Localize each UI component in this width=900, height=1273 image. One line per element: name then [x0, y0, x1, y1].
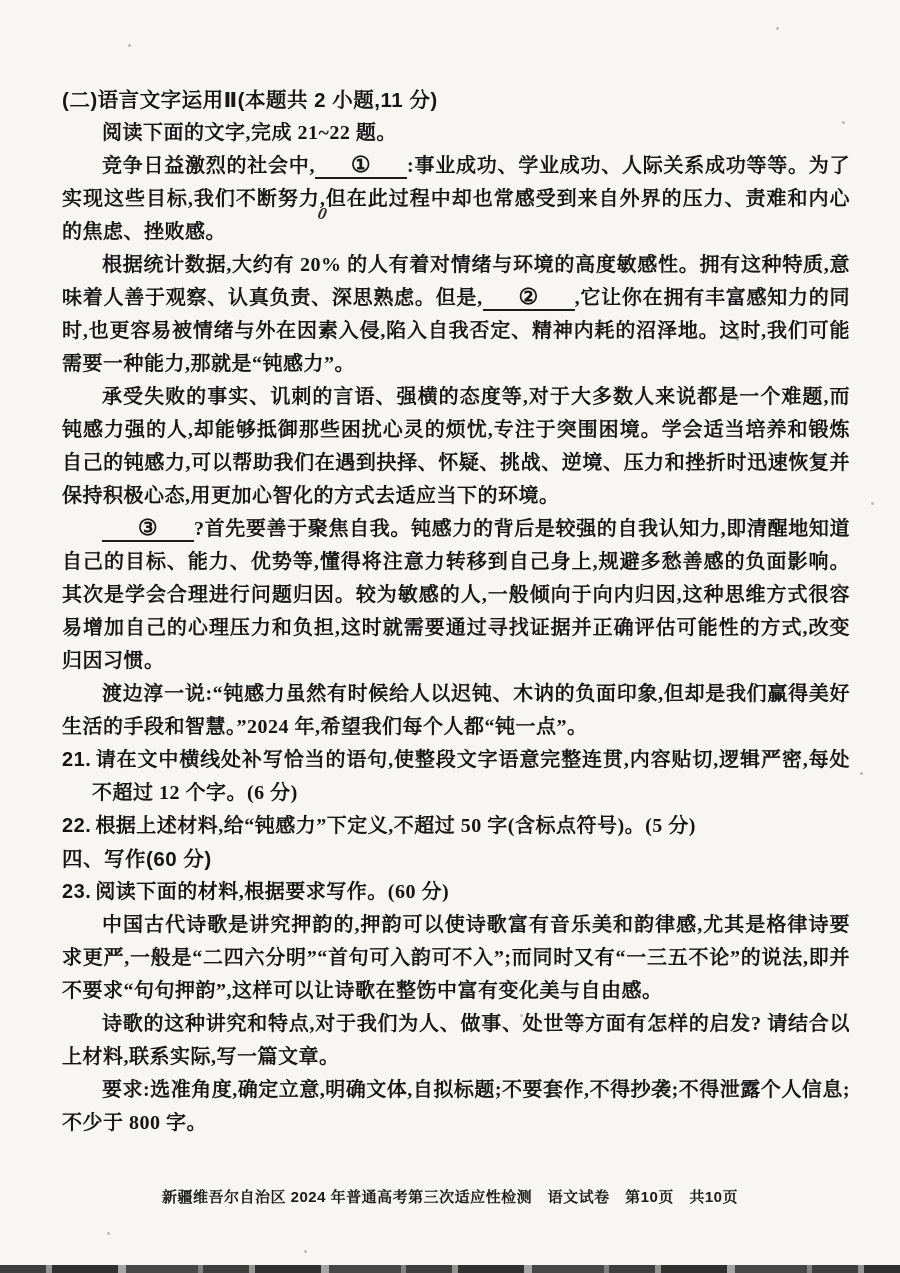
scan-noise [304, 1250, 307, 1253]
exam-paper-page: (二)语言文字运用Ⅱ(本题共 2 小题,11 分)阅读下面的文字,完成 21~2… [0, 0, 900, 1273]
paragraph: 竞争日益激烈的社会中,①:事业成功、学业成功、人际关系成功等等。为了实现这些目标… [62, 150, 850, 249]
scan-noise [520, 1014, 523, 1017]
section-heading: (二)语言文字运用Ⅱ(本题共 2 小题,11 分) [62, 84, 850, 117]
scan-noise [838, 583, 841, 586]
scan-edge-artifact [0, 1265, 900, 1273]
scan-noise [871, 502, 874, 505]
paragraph: 渡边淳一说:“钝感力虽然有时候给人以迟钝、木讷的负面印象,但却是我们赢得美好生活… [62, 678, 850, 744]
page-footer: 新疆维吾尔自治区 2024 年普通高考第三次适应性检测 语文试卷 第10页 共1… [0, 1186, 900, 1207]
paragraph: 根据统计数据,大约有 20% 的人有着对情绪与环境的高度敏感性。拥有这种特质,意… [62, 249, 850, 381]
scan-noise [776, 27, 779, 30]
question-item: 21.请在文中横线处补写恰当的语句,使整段文字语意完整连贯,内容贴切,逻辑严密,… [62, 744, 850, 810]
question-item: 23.阅读下面的材料,根据要求写作。(60 分) [62, 876, 850, 909]
question-number: 21. [62, 749, 95, 771]
paragraph: 阅读下面的文字,完成 21~22 题。 [62, 117, 850, 150]
scan-noise [107, 1232, 110, 1235]
paragraph: 中国古代诗歌是讲究押韵的,押韵可以使诗歌富有音乐美和韵律感,尤其是格律诗要求更严… [62, 909, 850, 1008]
question-item: 22.根据上述材料,给“钝感力”下定义,不超过 50 字(含标点符号)。(5 分… [62, 810, 850, 843]
paragraph: 承受失败的事实、讥刺的言语、强横的态度等,对于大多数人来说都是一个难题,而钝感力… [62, 381, 850, 513]
question-number: 22. [62, 815, 95, 837]
document-body: (二)语言文字运用Ⅱ(本题共 2 小题,11 分)阅读下面的文字,完成 21~2… [62, 84, 850, 1140]
scan-noise [860, 772, 863, 775]
paragraph: 诗歌的这种讲究和特点,对于我们为人、做事、处世等方面有怎样的启发? 请结合以上材… [62, 1008, 850, 1074]
fill-in-blank: ② [483, 285, 575, 311]
section-heading: 四、写作(60 分) [62, 843, 850, 876]
paragraph: ③?首先要善于聚焦自我。钝感力的背后是较强的自我认知力,即清醒地知道自己的目标、… [62, 513, 850, 678]
scan-noise [842, 121, 845, 124]
fill-in-blank: ① [315, 153, 407, 179]
scan-noise [736, 338, 739, 341]
fill-in-blank: ③ [102, 516, 194, 542]
question-number: 23. [62, 881, 95, 903]
paragraph: 要求:选准角度,确定立意,明确文体,自拟标题;不要套作,不得抄袭;不得泄露个人信… [62, 1074, 850, 1140]
scan-noise [128, 44, 131, 47]
